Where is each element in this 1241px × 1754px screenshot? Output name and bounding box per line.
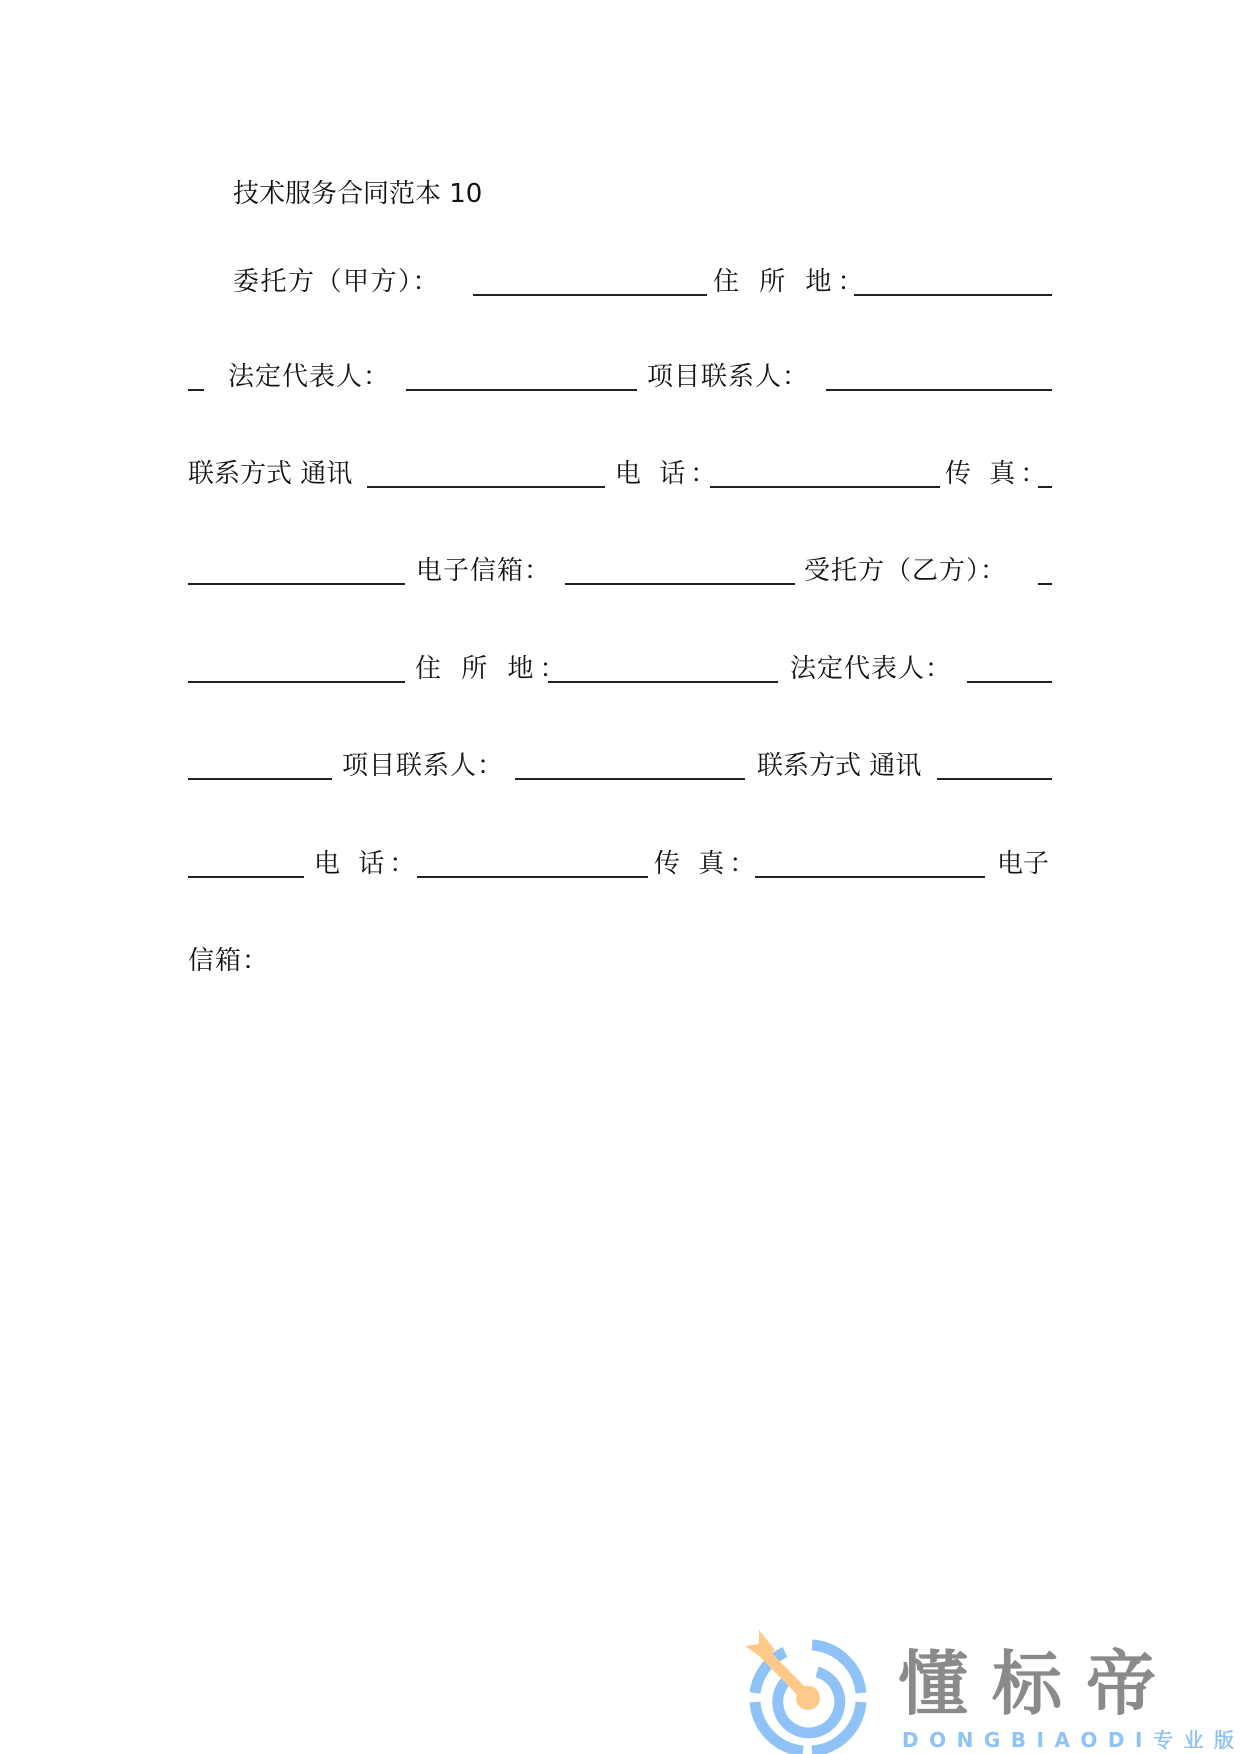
blank-phone[interactable] [710,486,940,488]
label-contractor-party-b: 受托方（乙方）： [804,555,1007,587]
blank-address-b[interactable] [548,681,778,683]
label-fax-b: 传 真： [654,848,760,880]
brand-subtitle: DONGBIAODI专业版 [902,1728,1241,1752]
blank-address[interactable] [854,294,1052,296]
blank-legal-representative-b-cont[interactable] [188,778,332,780]
form-line-8: 信箱： [188,945,1052,977]
blank-contractor-name[interactable] [1038,583,1052,585]
label-email: 电子信箱： [416,555,551,587]
label-address: 住 所 地： [713,266,870,298]
blank-contractor-name-cont[interactable] [188,681,405,683]
blank-fax-cont[interactable] [188,583,405,585]
blank-legal-representative[interactable] [406,389,637,391]
blank-project-contact-b[interactable] [515,778,745,780]
label-contact-mailing: 联系方式 通讯 [188,458,352,490]
label-email-b-part2: 信箱： [188,945,269,977]
blank-email[interactable] [565,583,795,585]
form-line-3: 联系方式 通讯 电 话： 传 真： [188,458,1052,490]
target-arrow-icon [745,1630,873,1754]
blank-mailing-address-b[interactable] [937,778,1052,780]
label-project-contact-b: 项目联系人： [342,750,504,782]
blank-legal-representative-b[interactable] [967,681,1052,683]
label-legal-representative-b: 法定代表人： [790,653,952,685]
watermark-logo: 懂标帝 DONGBIAODI专业版 [745,1630,1215,1754]
blank-address-cont[interactable] [188,389,204,391]
blank-mailing-address-b-cont[interactable] [188,876,304,878]
blank-fax-b[interactable] [755,876,985,878]
label-contact-mailing-b: 联系方式 通讯 [757,750,921,782]
blank-client-name[interactable] [473,294,707,296]
blank-fax[interactable] [1038,486,1052,488]
form-line-6: 项目联系人： 联系方式 通讯 [188,750,1052,782]
label-fax: 传 真： [945,458,1051,490]
form-line-1: 委托方（甲方）： 住 所 地： [188,266,1052,298]
label-phone: 电 话： [615,458,721,490]
label-phone-b: 电 话： [314,848,420,880]
document-title: 技术服务合同范本 10 [233,178,482,210]
label-client-party-a: 委托方（甲方）： [233,266,440,298]
blank-mailing-address[interactable] [367,486,605,488]
blank-phone-b[interactable] [417,876,648,878]
form-line-2: 法定代表人： 项目联系人： [188,361,1052,393]
label-project-contact: 项目联系人： [647,361,809,393]
label-email-b-part1: 电子 [997,848,1049,880]
form-line-7: 电 话： 传 真： 电子 [188,848,1052,880]
blank-project-contact[interactable] [826,389,1052,391]
form-line-5: 住 所 地： 法定代表人： [188,653,1052,685]
form-line-4: 电子信箱： 受托方（乙方）： [188,555,1052,587]
document-page: 技术服务合同范本 10 委托方（甲方）： 住 所 地： 法定代表人： 项目联系人… [0,0,1241,1754]
brand-name: 懂标帝 [898,1646,1180,1722]
label-legal-representative: 法定代表人： [228,361,390,393]
